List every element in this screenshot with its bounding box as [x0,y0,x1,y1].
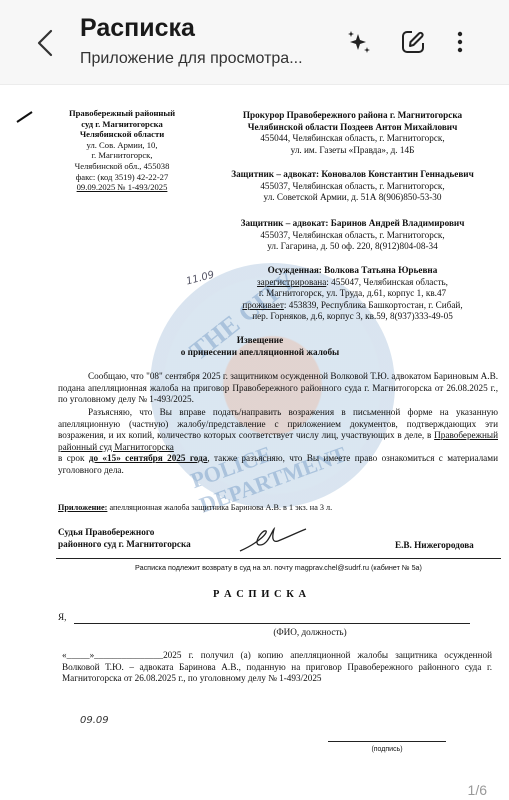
recipient-address: ул. Советской Армии, д. 51А 8(906)850-53… [195,192,509,204]
document-title: Расписка [80,14,195,43]
handwritten-date: 09.09 [80,715,109,727]
judge-title: Судья Правобережного районного суд г. Ма… [58,527,258,550]
attachment-line: Приложение: апелляционная жалоба защитни… [58,502,498,514]
registered-address-line: г. Магнитогорск, ул. Труда, д.61, корпус… [200,288,505,300]
registered-text: : 455047, Челябинская область, [326,277,448,287]
living-address: проживает: 453839, Республика Башкортост… [200,300,505,312]
document-page[interactable]: THE CITY POLICE DEPARTMENT Правобережный… [0,85,509,800]
back-button[interactable] [30,26,60,60]
notice-paragraph-2: Разъясняю, что Вы вправе подать/направит… [58,407,498,476]
recipient-address: 455037, Челябинская область, г. Магнитог… [195,181,509,193]
recipient-name: Челябинской области Поздеев Антон Михайл… [200,122,505,134]
living-text: : 453839, Республика Башкортостан, г. Си… [284,300,463,310]
more-options-button[interactable] [444,26,476,58]
deadline: до «15» сентября 2025 года [89,453,208,463]
court-fax: факс: (код 3519) 42-22-27 [52,172,192,183]
notice-paragraph-1: Сообщаю, что "08" сентября 2025 г. защит… [58,371,498,406]
court-name-line: Челябинской области [52,129,192,140]
living-label: проживает [242,300,284,310]
court-name-line: суд г. Магнитогорска [52,119,192,130]
recipient-convicted: Осужденная: Волкова Татьяна Юрьевна заре… [200,265,505,323]
ai-sparkle-icon [346,29,372,55]
back-arrow-icon [36,29,54,57]
return-note: Расписка подлежит возврату в суд на эл. … [56,562,501,574]
edit-button[interactable] [397,26,429,58]
case-date-number: 09.09.2025 № 1-493/2025 [52,182,192,193]
deadline-prefix: в срок [58,453,89,463]
notice-subtitle: о принесении апелляционной жалобы [60,347,460,359]
registered-label: зарегистрирована [257,277,326,287]
notice-title: Извещение [60,335,460,347]
recipient-name: Осужденная: Волкова Татьяна Юрьевна [200,265,505,277]
fio-hint: (ФИО, должность) [170,627,450,639]
recipient-address: ул. им. Газеты «Правда», д. 14Б [200,145,505,157]
court-address-line: Челябинской обл., 455038 [52,161,192,172]
recipient-name: Защитник – адвокат: Баринов Андрей Влади… [200,218,505,230]
recipient-address: 455037, Челябинская область, г. Магнитог… [200,230,505,242]
receipt-title: Р А С П И С К А [60,589,460,601]
signature-hint: (подпись) [328,744,446,756]
recipient-address: ул. Гагарина, д. 50 оф. 220, 8(912)804-0… [200,241,505,253]
receipt-body: «_____»_______________2025 г. получил (а… [62,650,492,685]
ai-assist-button[interactable] [343,26,375,58]
living-address-line: пер. Горняков, д.6, корпус 3, кв.59, 8(9… [200,311,505,323]
receipt-ya: Я, [58,612,66,624]
attachment-text: апелляционная жалоба защитника Баринова … [107,503,332,512]
recipient-lawyer-konovalov: Защитник – адвокат: Коновалов Константин… [195,169,509,204]
registered-address: зарегистрирована: 455047, Челябинская об… [200,277,505,289]
recipient-name: Защитник – адвокат: Коновалов Константин… [195,169,509,181]
app-bar: Расписка Приложение для просмотра... [0,0,509,85]
signature-line [328,741,446,742]
court-name-line: Правобережный районный [52,108,192,119]
attachment-label: Приложение: [58,503,107,512]
recipient-name: Прокурор Правобережного района г. Магнит… [200,110,505,122]
court-address-block: Правобережный районный суд г. Магнитогор… [52,108,192,193]
judge-title-line: Судья Правобережного [58,527,258,539]
recipient-prosecutor: Прокурор Правобережного района г. Магнит… [200,110,505,156]
pen-mark-icon [16,110,34,124]
court-address-line: ул. Сов. Армии, 10, [52,140,192,151]
divider [56,558,501,559]
fio-input-line [74,623,470,624]
edit-icon [400,29,426,55]
para2-text: Разъясняю, что Вы вправе подать/направит… [58,407,498,440]
judge-title-line: районного суд г. Магнитогорска [58,539,258,551]
judge-signature-icon [238,525,308,555]
recipient-address: 455044, Челябинская область, г. Магнитог… [200,133,505,145]
judge-name: Е.В. Нижегородова [395,540,474,552]
document-subtitle: Приложение для просмотра... [80,50,303,68]
recipient-lawyer-barinov: Защитник – адвокат: Баринов Андрей Влади… [200,218,505,253]
more-vert-icon [456,30,464,54]
page-indicator: 1/6 [468,782,487,798]
court-address-line: г. Магнитогорск, [52,150,192,161]
